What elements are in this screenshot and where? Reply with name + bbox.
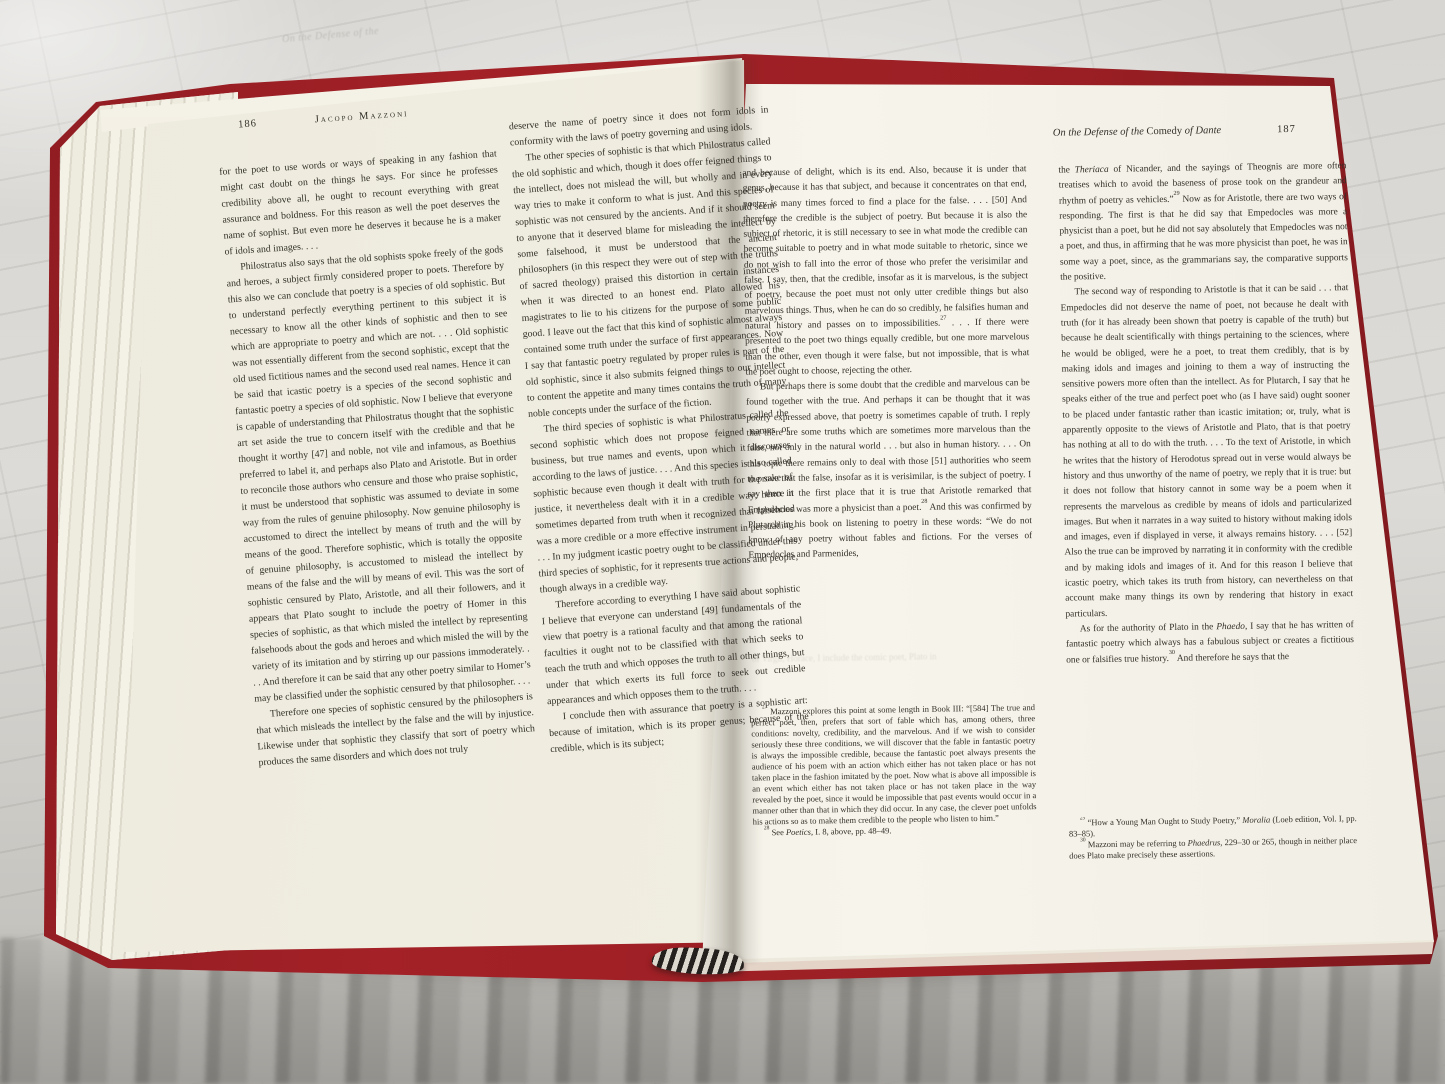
body-paragraph: the Theriaca of Nicander, and the saying… [1058,159,1348,286]
footnote: 30 Mazzoni may be referring to Phaedrus,… [1069,835,1357,862]
right-page-header: On the Defense of the Comedy of Dante187 [736,124,1296,144]
right-column-2: the Theriaca of Nicander, and the saying… [1058,159,1356,819]
right-column-2-footnotes: 29 “How a Young Man Ought to Study Poetr… [1069,813,1359,936]
left-running-head: Jacopo Mazzoni [314,108,408,125]
right-page-number: 187 [1277,124,1296,135]
left-page-header: 186Jacopo Mazzoni [238,108,409,130]
body-paragraph: Philostratus also says that the old soph… [225,242,532,707]
left-page-number: 186 [238,118,257,130]
footnote: 27 Mazzoni explores this point at some l… [751,702,1037,827]
right-running-head: On the Defense of the Comedy of Dante [1053,125,1221,139]
body-paragraph: But perhaps there is some doubt that the… [746,376,1033,564]
open-book-photo: On the Defense of the of Virgil, Horace,… [0,0,1445,1084]
left-column-1: for the poet to use words or ways of spe… [219,146,546,915]
right-column-1: and because of delight, which is its end… [742,162,1034,702]
body-paragraph: As for the authority of Plato in the Pha… [1066,618,1355,668]
right-page-content: On the Defense of the Comedy of Dante187… [735,99,1344,944]
body-paragraph: and because of delight, which is its end… [742,162,1029,381]
body-paragraph: The second way of responding to Aristotl… [1060,282,1353,623]
body-paragraph: for the poet to use words or ways of spe… [219,146,503,260]
right-column-1-footnotes: 27 Mazzoni explores this point at some l… [751,702,1039,938]
left-page-content: 186Jacopo Mazzoni for the poet to use wo… [177,70,791,941]
